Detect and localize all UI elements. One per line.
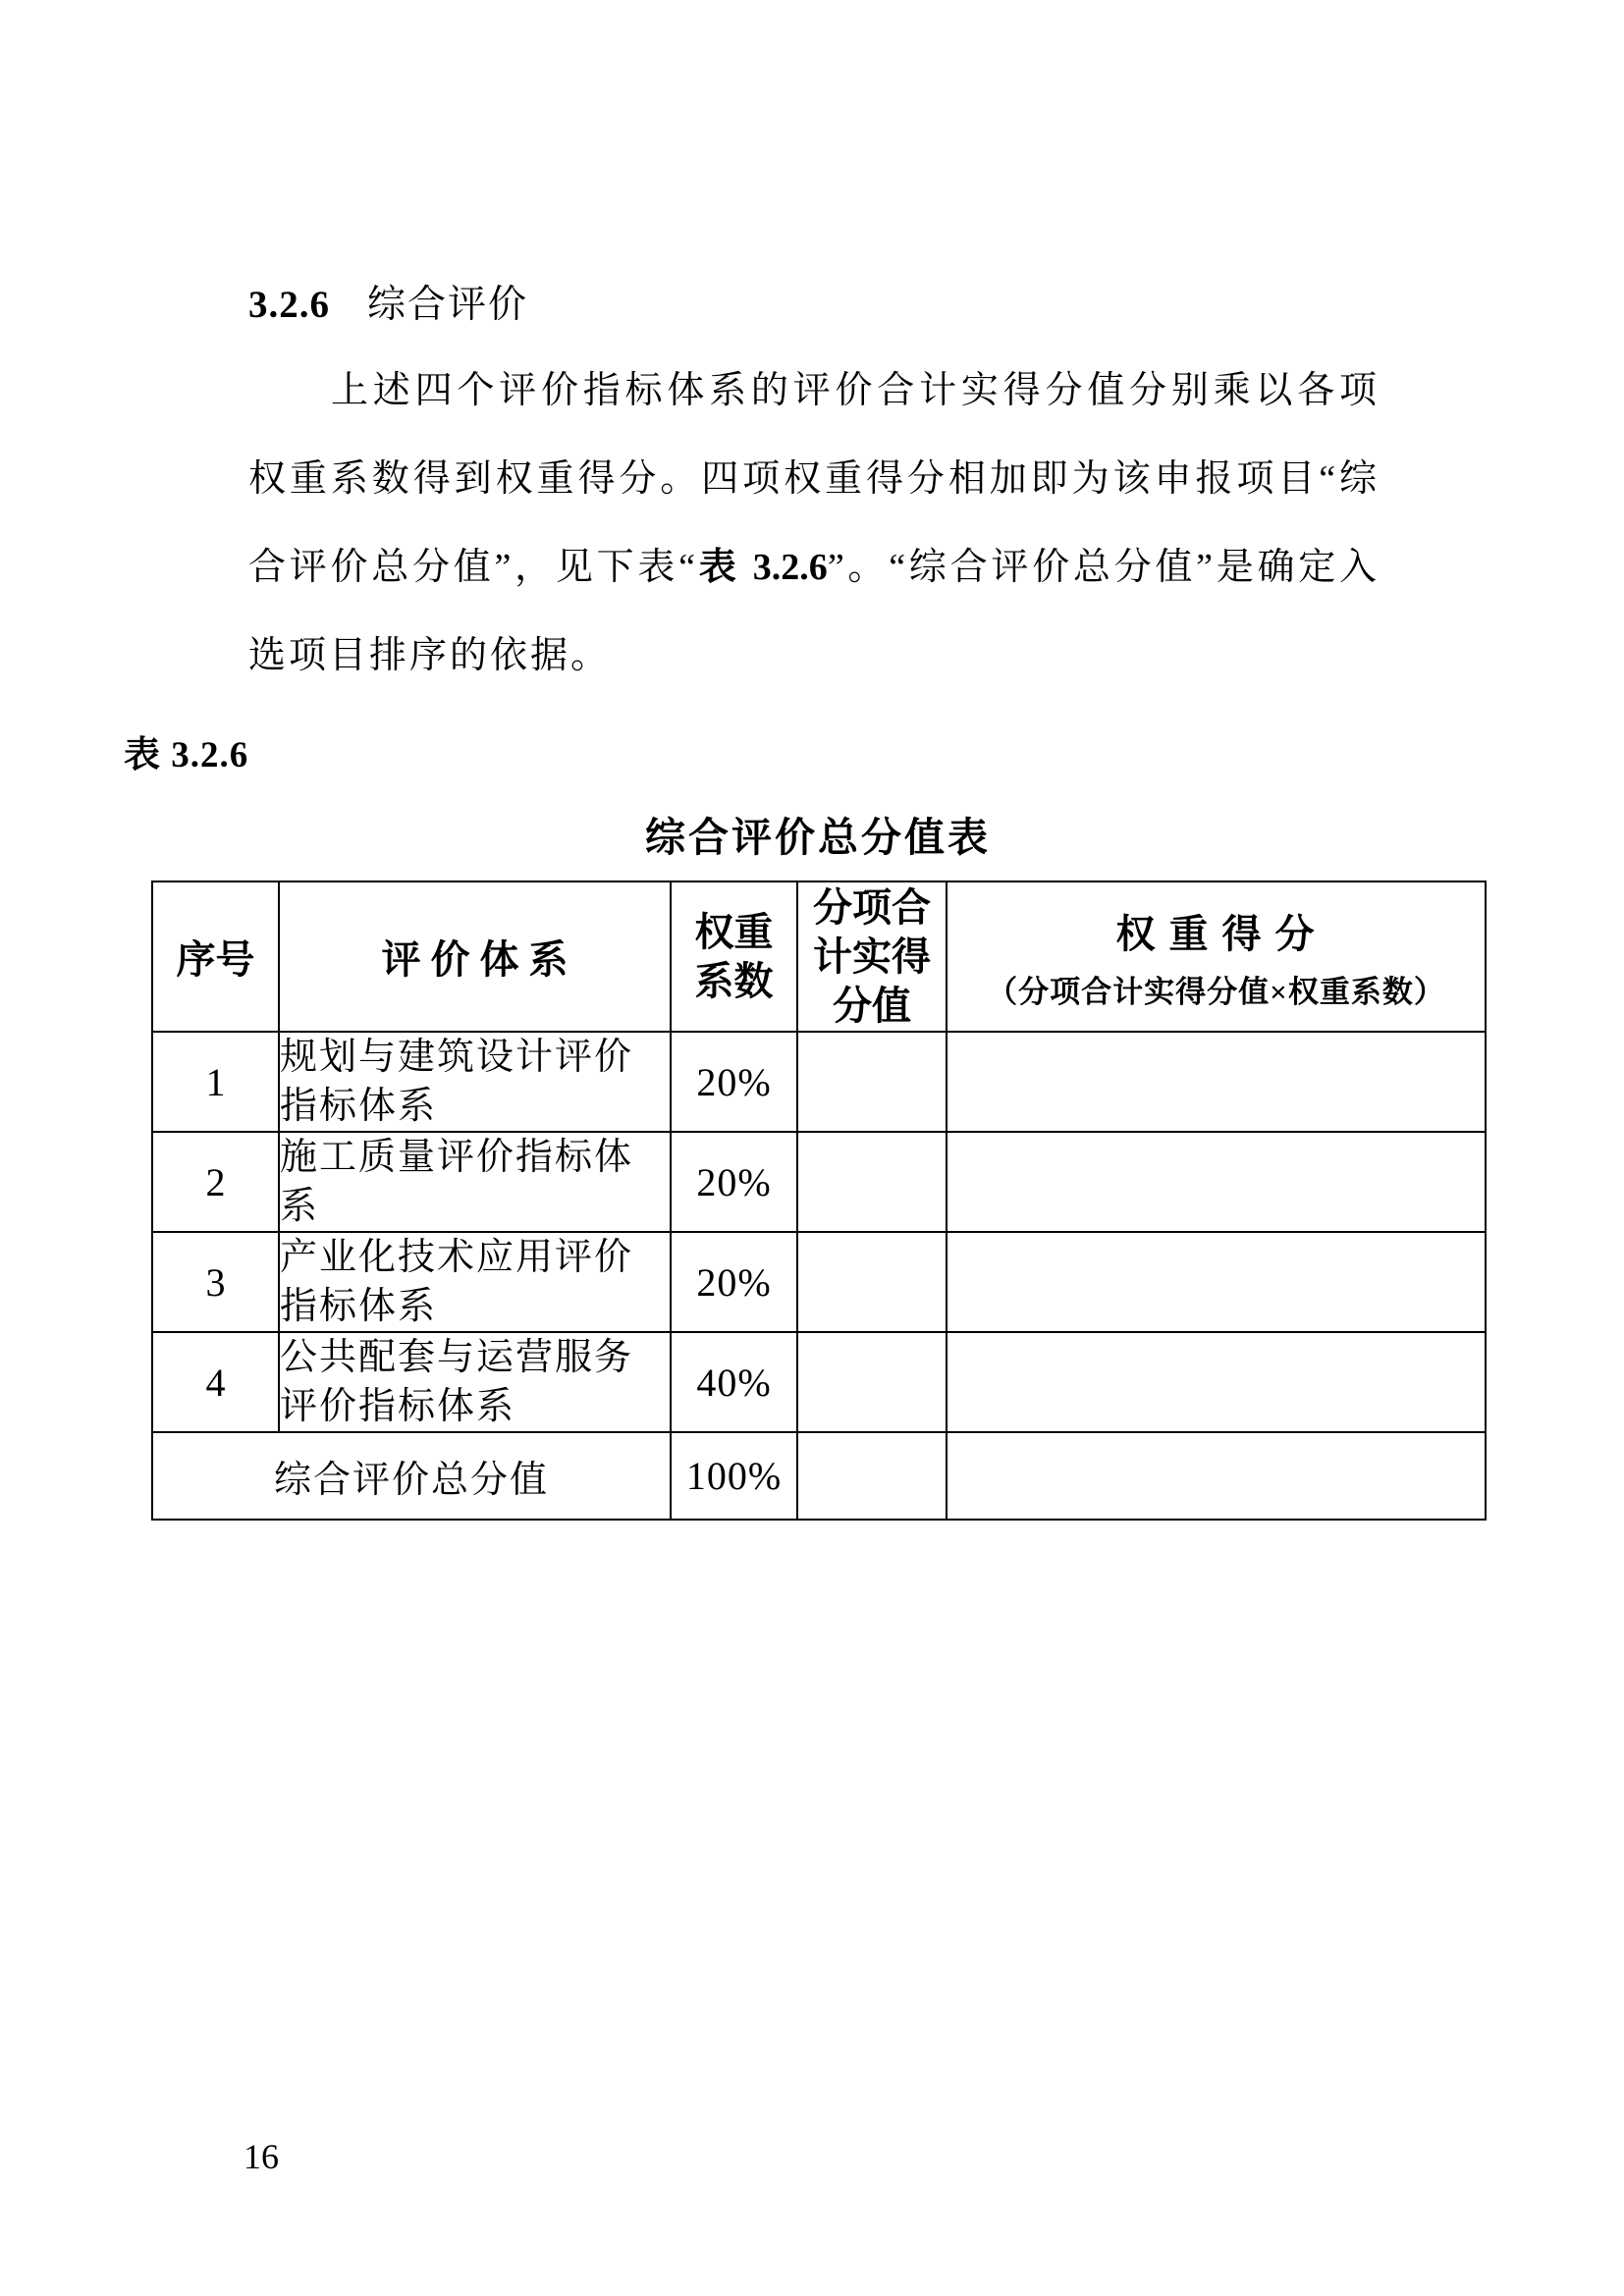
total-row-weighted xyxy=(947,1432,1486,1520)
score-table: 序号 评 价 体 系 权重 系数 分项合 计实得 分值 权 重 得 分 （分项合… xyxy=(151,881,1487,1521)
header-weight-coefficient: 权重 系数 xyxy=(671,881,797,1032)
total-row-score xyxy=(797,1432,947,1520)
row-4-score xyxy=(797,1332,947,1432)
row-2-serial: 2 xyxy=(152,1132,279,1232)
page-number: 16 xyxy=(244,2136,279,2177)
table-header-row: 序号 评 价 体 系 权重 系数 分项合 计实得 分值 权 重 得 分 （分项合… xyxy=(152,881,1486,1032)
total-row-weight: 100% xyxy=(671,1432,797,1520)
header-serial: 序号 xyxy=(152,881,279,1032)
section-title: 综合评价 xyxy=(367,284,528,326)
row-1-weighted xyxy=(947,1032,1486,1132)
row-3-serial: 3 xyxy=(152,1232,279,1332)
total-row-label: 综合评价总分值 xyxy=(152,1432,671,1520)
paragraph-line-2: 权重系数得到权重得分。四项权重得分相加即为该申报项目“综 xyxy=(248,435,1377,523)
header-weighted-score: 权 重 得 分 （分项合计实得分值×权重系数） xyxy=(947,881,1486,1032)
table-title: 综合评价总分值表 xyxy=(151,805,1485,863)
row-2-weighted xyxy=(947,1132,1486,1232)
row-1-system: 规划与建筑设计评价 指标体系 xyxy=(279,1032,671,1132)
paragraph-line-1: 上述四个评价指标体系的评价合计实得分值分别乘以各项 xyxy=(248,347,1377,435)
section-heading: 3.2.6综合评价 xyxy=(248,283,528,328)
row-2-system: 施工质量评价指标体 系 xyxy=(279,1132,671,1232)
table-row-4: 4 公共配套与运营服务 评价指标体系 40% xyxy=(152,1332,1486,1432)
row-3-system: 产业化技术应用评价 指标体系 xyxy=(279,1232,671,1332)
paragraph-line-3-pre: 合评价总分值”，见下表“ xyxy=(248,547,695,588)
paragraph-line-3: 合评价总分值”，见下表“表 3.2.6”。“综合评价总分值”是确定入 xyxy=(248,523,1377,612)
row-4-serial: 4 xyxy=(152,1332,279,1432)
table-total-row: 综合评价总分值 100% xyxy=(152,1432,1486,1520)
row-4-system: 公共配套与运营服务 评价指标体系 xyxy=(279,1332,671,1432)
row-2-score xyxy=(797,1132,947,1232)
table-row-2: 2 施工质量评价指标体 系 20% xyxy=(152,1132,1486,1232)
header-weighted-score-title: 权 重 得 分 xyxy=(947,903,1485,959)
table-reference: 表 3.2.6 xyxy=(695,547,828,588)
header-weighted-score-formula: （分项合计实得分值×权重系数） xyxy=(947,967,1485,1011)
document-page: 3.2.6综合评价 上述四个评价指标体系的评价合计实得分值分别乘以各项 权重系数… xyxy=(0,0,1624,2296)
row-1-score xyxy=(797,1032,947,1132)
row-1-serial: 1 xyxy=(152,1032,279,1132)
table-label: 表 3.2.6 xyxy=(124,724,248,777)
header-system: 评 价 体 系 xyxy=(279,881,671,1032)
row-4-weighted xyxy=(947,1332,1486,1432)
body-paragraph: 上述四个评价指标体系的评价合计实得分值分别乘以各项 权重系数得到权重得分。四项权… xyxy=(248,347,1377,700)
row-3-score xyxy=(797,1232,947,1332)
row-2-weight: 20% xyxy=(671,1132,797,1232)
paragraph-line-4: 选项目排序的依据。 xyxy=(248,612,1377,700)
row-1-weight: 20% xyxy=(671,1032,797,1132)
table-row-1: 1 规划与建筑设计评价 指标体系 20% xyxy=(152,1032,1486,1132)
row-3-weight: 20% xyxy=(671,1232,797,1332)
paragraph-line-3-post: ”。“综合评价总分值”是确定入 xyxy=(828,547,1377,588)
row-3-weighted xyxy=(947,1232,1486,1332)
table-row-3: 3 产业化技术应用评价 指标体系 20% xyxy=(152,1232,1486,1332)
row-4-weight: 40% xyxy=(671,1332,797,1432)
header-subtotal-score: 分项合 计实得 分值 xyxy=(797,881,947,1032)
section-number: 3.2.6 xyxy=(248,284,330,326)
